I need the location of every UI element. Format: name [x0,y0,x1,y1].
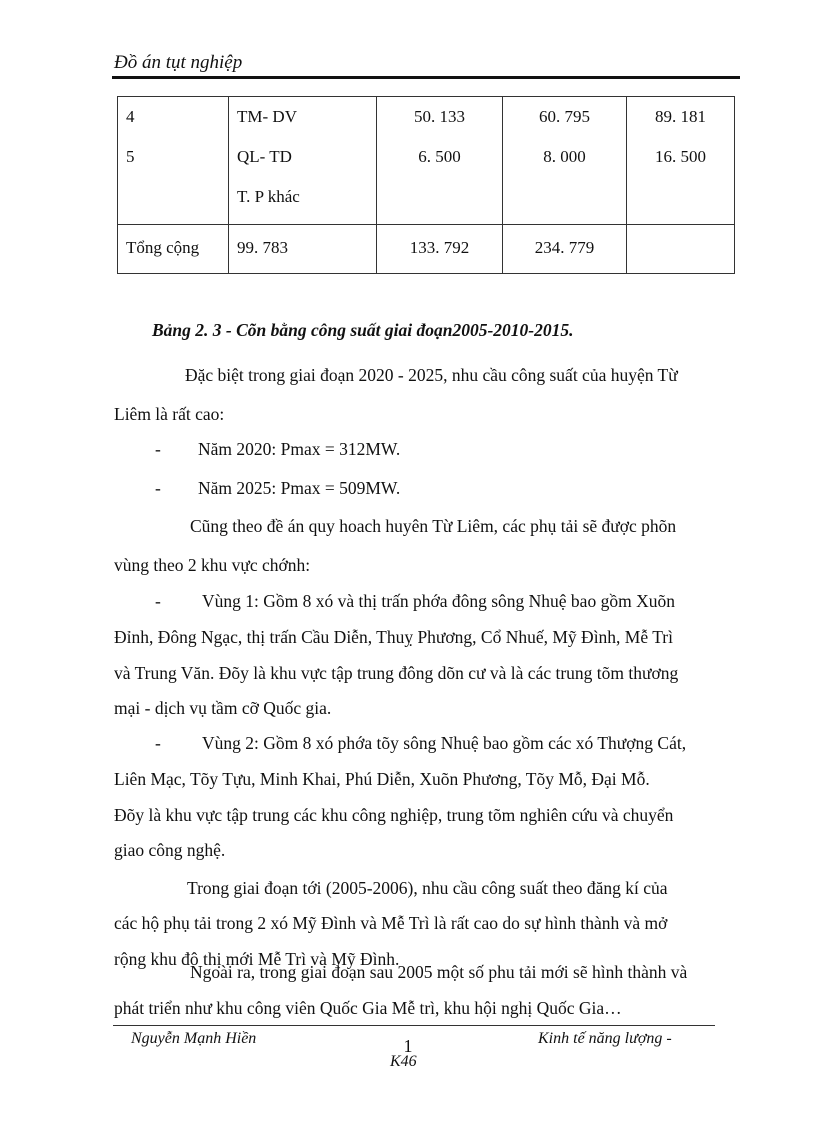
cell-text: T. P khác [229,177,376,217]
paragraph-line: Đõy là khu vực tập trung các khu công ng… [114,805,673,826]
cell-text: 5 [118,137,228,177]
cell-text: QL- TD [229,137,376,177]
cell-text: 4 [118,97,228,137]
document-header-title: Đồ án tụt nghiệp [114,52,242,74]
paragraph-line: Trong giai đoạn tới (2005-2006), nhu cầu… [187,878,668,899]
cell-text: 133. 792 [377,225,502,265]
paragraph-line: Đặc biệt trong giai đoạn 2020 - 2025, nh… [185,365,740,386]
footer-author: Nguyễn Mạnh Hiền [131,1030,256,1048]
cell-text: 50. 133 [377,97,502,137]
bullet-text: Năm 2020: Pmax = 312MW. [198,439,400,460]
capacity-balance-table: 4 5 TM- DV QL- TD T. P khác 50. 133 6. 5… [117,96,735,274]
cell-text: 8. 000 [503,137,626,177]
table-cell: TM- DV QL- TD T. P khác [229,97,377,225]
table-cell: 133. 792 [377,225,503,274]
paragraph-line: Liêm là rất cao: [114,404,224,425]
bullet-text: Năm 2025: Pmax = 509MW. [198,478,400,499]
paragraph-line: Ngoài ra, trong giai đoạn sau 2005 một s… [190,962,687,983]
table-row-total: Tổng cộng 99. 783 133. 792 234. 779 [118,225,735,274]
cell-text: 16. 500 [627,137,734,177]
paragraph-line: vùng theo 2 khu vực chớnh: [114,555,310,576]
table-cell: 234. 779 [503,225,627,274]
paragraph-line: Vùng 2: Gồm 8 xó phớa tõy sông Nhuệ bao … [202,733,686,754]
table-cell: 60. 795 8. 000 [503,97,627,225]
paragraph-line: và Trung Văn. Đõy là khu vực tập trung đ… [114,663,678,684]
paragraph-line: giao công nghệ. [114,840,225,861]
cell-text: 234. 779 [503,225,626,265]
table-cell: Tổng cộng [118,225,229,274]
footer-department: Kinh tế năng lượng - [538,1030,672,1048]
paragraph-line: mại - dịch vụ tầm cỡ Quốc gia. [114,698,331,719]
table-cell: 50. 133 6. 500 [377,97,503,225]
bullet-dash: - [155,439,161,460]
table-row: 4 5 TM- DV QL- TD T. P khác 50. 133 6. 5… [118,97,735,225]
footer-divider [113,1025,715,1026]
table-caption: Bảng 2. 3 - Cõn bằng công suất giai đoạn… [152,320,574,341]
bullet-dash: - [155,478,161,499]
cell-text: 60. 795 [503,97,626,137]
bullet-dash: - [155,733,161,754]
cell-text: 99. 783 [229,225,376,265]
table-cell: 4 5 [118,97,229,225]
paragraph-line: Đỉnh, Đông Ngạc, thị trấn Cầu Diễn, Thuỵ… [114,627,673,648]
paragraph-line: Liên Mạc, Tõy Tựu, Minh Khai, Phú Diễn, … [114,769,650,790]
header-divider [112,76,740,79]
cell-text: TM- DV [229,97,376,137]
paragraph-line: các hộ phụ tải trong 2 xó Mỹ Đình và Mễ … [114,913,667,934]
cell-text: 6. 500 [377,137,502,177]
paragraph-line: phát triển như khu công viên Quốc Gia Mễ… [114,998,622,1019]
bullet-dash: - [155,591,161,612]
table-cell: 99. 783 [229,225,377,274]
footer-class-code: K46 [390,1053,417,1071]
table-cell [627,225,735,274]
table-cell: 89. 181 16. 500 [627,97,735,225]
cell-text: Tổng cộng [118,225,228,265]
paragraph-line: Cũng theo đề án quy hoach huyên Từ Liêm,… [190,516,676,537]
cell-text: 89. 181 [627,97,734,137]
paragraph-line: Vùng 1: Gồm 8 xó và thị trấn phớa đông s… [202,591,675,612]
